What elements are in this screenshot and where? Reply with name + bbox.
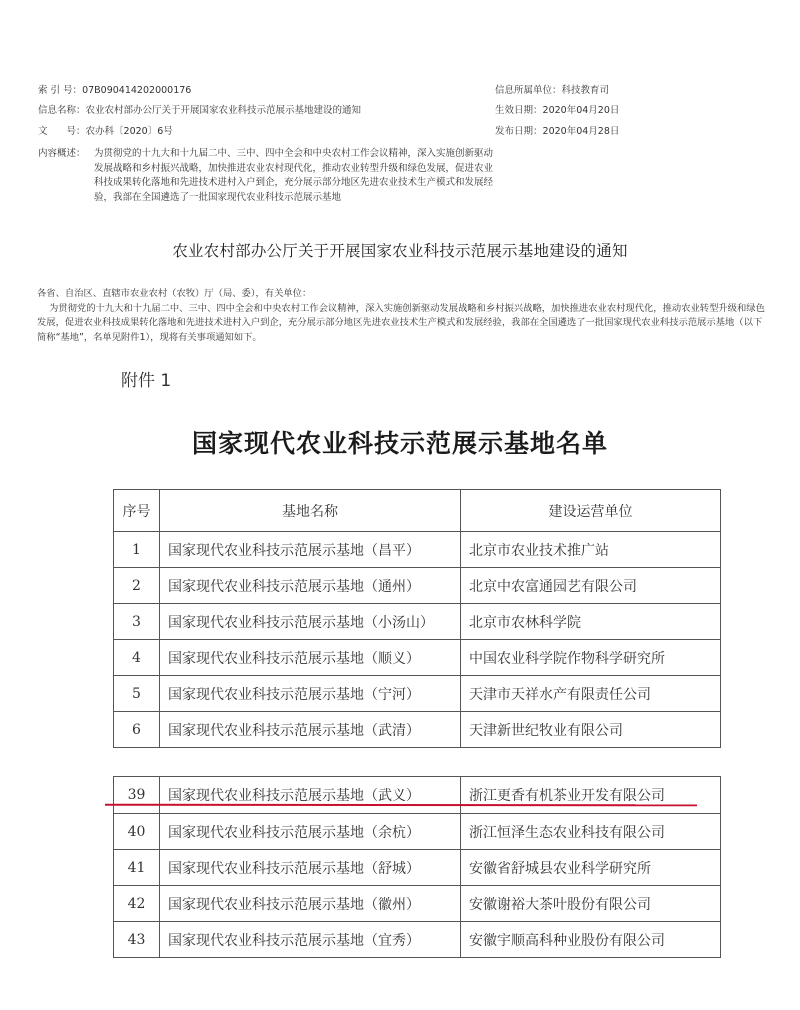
row-base-name: 国家现代农业科技示范展示基地（通州） [160, 568, 461, 604]
row-index: 40 [114, 814, 160, 850]
table-row-highlighted: 39 国家现代农业科技示范展示基地（武义） 浙江更香有机茶业开发有限公司 [114, 777, 721, 814]
row-base-name: 国家现代农业科技示范展示基地（徽州） [160, 886, 461, 922]
row-base-name: 国家现代农业科技示范展示基地（余杭） [160, 814, 461, 850]
meta-summary-value: 为贯彻党的十九大和十九届二中、三中、四中全会和中央农村工作会议精神，深入实施创新… [94, 147, 498, 205]
row-operator: 浙江恒泽生态农业科技有限公司 [461, 814, 721, 850]
meta-index-value: 07B090414202000176 [82, 85, 191, 96]
table-row: 1 国家现代农业科技示范展示基地（昌平） 北京市农业技术推广站 [114, 532, 721, 568]
row-index: 6 [114, 712, 160, 748]
list-title: 国家现代农业科技示范展示基地名单 [0, 424, 800, 460]
row-index: 43 [114, 922, 160, 958]
meta-summary-label: 内容概述： [38, 147, 86, 162]
row-index: 5 [114, 676, 160, 712]
table-row: 40 国家现代农业科技示范展示基地（余杭） 浙江恒泽生态农业科技有限公司 [114, 814, 721, 850]
table-header-row: 序号 基地名称 建设运营单位 [114, 490, 721, 532]
row-index: 2 [114, 568, 160, 604]
row-index: 3 [114, 604, 160, 640]
row-index: 41 [114, 850, 160, 886]
row-base-name: 国家现代农业科技示范展示基地（顺义） [160, 640, 461, 676]
meta-unit-label: 信息所属单位 [495, 85, 552, 96]
table-row: 4 国家现代农业科技示范展示基地（顺义） 中国农业科学院作物科学研究所 [114, 640, 721, 676]
row-operator: 天津新世纪牧业有限公司 [461, 712, 721, 748]
row-index: 39 [114, 777, 160, 814]
meta-publish-date-label: 发布日期 [495, 126, 533, 137]
table-row: 2 国家现代农业科技示范展示基地（通州） 北京中农富通园艺有限公司 [114, 568, 721, 604]
column-header-name: 基地名称 [160, 490, 461, 532]
row-operator: 天津市天祥水产有限责任公司 [461, 676, 721, 712]
meta-index: 索 引 号：07B090414202000176 [38, 84, 191, 97]
row-base-name: 国家现代农业科技示范展示基地（昌平） [160, 532, 461, 568]
notice-body: 各省、自治区、直辖市农业农村（农牧）厅（局、委），有关单位： 为贯彻党的十九大和… [37, 287, 767, 346]
table-row: 41 国家现代农业科技示范展示基地（舒城） 安徽省舒城县农业科学研究所 [114, 850, 721, 886]
row-base-name: 国家现代农业科技示范展示基地（武清） [160, 712, 461, 748]
row-operator: 北京中农富通园艺有限公司 [461, 568, 721, 604]
meta-publish-date: 发布日期：2020年04月28日 [495, 125, 619, 138]
table-row: 3 国家现代农业科技示范展示基地（小汤山） 北京市农林科学院 [114, 604, 721, 640]
notice-salutation: 各省、自治区、直辖市农业农村（农牧）厅（局、委），有关单位： [37, 287, 767, 302]
table-row: 5 国家现代农业科技示范展示基地（宁河） 天津市天祥水产有限责任公司 [114, 676, 721, 712]
meta-summary: 内容概述： 为贯彻党的十九大和十九届二中、三中、四中全会和中央农村工作会议精神，… [38, 147, 498, 205]
notice-paragraph: 为贯彻党的十九大和十九届二中、三中、四中全会和中央农村工作会议精神，深入实施创新… [37, 302, 767, 346]
row-operator: 中国农业科学院作物科学研究所 [461, 640, 721, 676]
meta-publish-date-value: 2020年04月28日 [543, 126, 620, 137]
row-operator: 安徽宇顺高科种业股份有限公司 [461, 922, 721, 958]
row-base-name: 国家现代农业科技示范展示基地（宜秀） [160, 922, 461, 958]
row-base-name: 国家现代农业科技示范展示基地（小汤山） [160, 604, 461, 640]
base-list-table-part1: 序号 基地名称 建设运营单位 1 国家现代农业科技示范展示基地（昌平） 北京市农… [113, 489, 721, 748]
row-operator: 浙江更香有机茶业开发有限公司 [461, 777, 721, 814]
meta-effective-date: 生效日期：2020年04月20日 [495, 104, 619, 117]
row-index: 1 [114, 532, 160, 568]
meta-doc-number-label: 文 号 [38, 125, 76, 138]
meta-info-name-value: 农业农村部办公厅关于开展国家农业科技示范展示基地建设的通知 [86, 105, 362, 116]
meta-doc-number: 文 号：农办科〔2020〕6号 [38, 125, 173, 138]
table-row: 43 国家现代农业科技示范展示基地（宜秀） 安徽宇顺高科种业股份有限公司 [114, 922, 721, 958]
row-index: 42 [114, 886, 160, 922]
row-operator: 安徽谢裕大茶叶股份有限公司 [461, 886, 721, 922]
row-base-name: 国家现代农业科技示范展示基地（武义） [160, 777, 461, 814]
row-operator: 安徽省舒城县农业科学研究所 [461, 850, 721, 886]
meta-effective-date-label: 生效日期 [495, 105, 533, 116]
meta-unit: 信息所属单位：科技教育司 [495, 84, 609, 97]
meta-unit-value: 科技教育司 [562, 85, 610, 96]
attachment-label: 附件 1 [121, 366, 171, 391]
meta-index-label: 索 引 号 [38, 84, 73, 97]
row-operator: 北京市农林科学院 [461, 604, 721, 640]
table-row: 42 国家现代农业科技示范展示基地（徽州） 安徽谢裕大茶叶股份有限公司 [114, 886, 721, 922]
row-index: 4 [114, 640, 160, 676]
row-base-name: 国家现代农业科技示范展示基地（宁河） [160, 676, 461, 712]
row-operator: 北京市农业技术推广站 [461, 532, 721, 568]
column-header-index: 序号 [114, 490, 160, 532]
notice-title: 农业农村部办公厅关于开展国家农业科技示范展示基地建设的通知 [0, 239, 800, 261]
meta-info-name-label: 信息名称 [38, 104, 76, 117]
row-base-name: 国家现代农业科技示范展示基地（舒城） [160, 850, 461, 886]
table-row: 6 国家现代农业科技示范展示基地（武清） 天津新世纪牧业有限公司 [114, 712, 721, 748]
meta-doc-number-value: 农办科〔2020〕6号 [86, 126, 173, 137]
meta-info-name: 信息名称：农业农村部办公厅关于开展国家农业科技示范展示基地建设的通知 [38, 104, 361, 117]
meta-effective-date-value: 2020年04月20日 [543, 105, 620, 116]
column-header-org: 建设运营单位 [461, 490, 721, 532]
